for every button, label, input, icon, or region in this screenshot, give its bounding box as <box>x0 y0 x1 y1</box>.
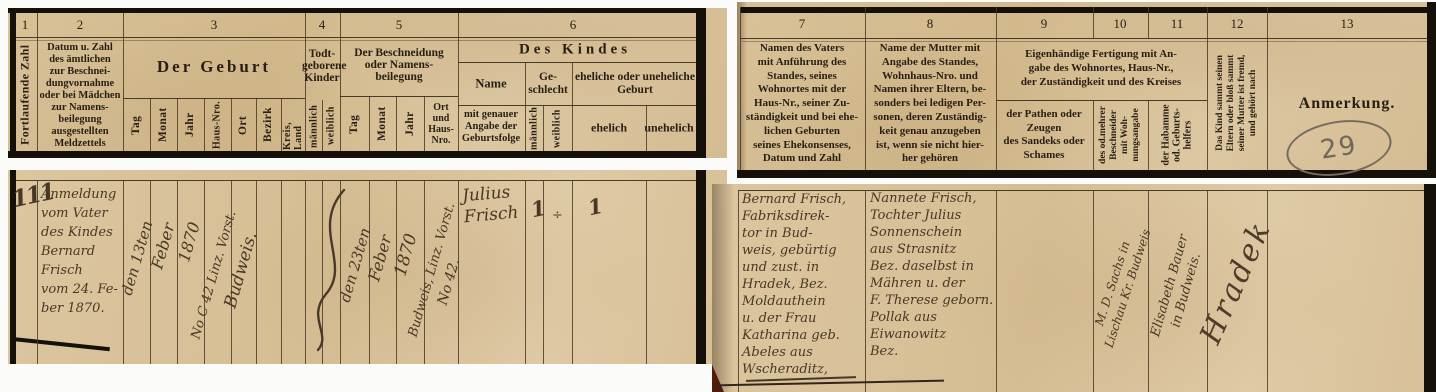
grid-line <box>525 180 526 364</box>
father-entry: Bernard Frisch,Fabriksdirek-tor in Bud-w… <box>742 191 864 378</box>
grid-line <box>177 98 178 151</box>
col3-sub-ort: Ort <box>234 100 252 150</box>
col9to11-header: Eigenhändige Fertigung mit An-gabe des W… <box>996 47 1206 89</box>
col3-sub-tag: Tag <box>127 100 145 150</box>
col6-sub-ehelich: ehelich <box>591 121 627 136</box>
column-number-6: 6 <box>570 17 577 33</box>
col4-sub-weiblich: weiblich <box>322 101 340 151</box>
grid-line <box>1148 7 1149 38</box>
left-header-scan: 1 2 3 4 5 6 Fortlaufende Zahl Datum u. Z… <box>8 8 727 158</box>
column-number-2: 2 <box>77 17 84 33</box>
rule-geburt <box>123 98 305 99</box>
col10-subheader: des od.mehrerBeschneidermit Woh-nungsang… <box>1098 106 1142 164</box>
column-number-13: 13 <box>1341 16 1354 32</box>
col6-sub-unehelich: unehelich <box>644 121 693 136</box>
col13-header: Anmerkung. <box>1299 95 1396 113</box>
grid-line <box>1207 7 1208 170</box>
col6-sub-maennlich: männlich <box>525 107 543 150</box>
col7-header: Namen des Vatersmit Anführung desStandes… <box>740 42 864 166</box>
column-number-1: 1 <box>22 17 29 33</box>
border-right <box>1424 184 1436 392</box>
col4-header: Todt-geboreneKinder <box>302 48 342 84</box>
left-body-scan: 111 Anmeldungvom Vaterdes KindesBernardF… <box>8 170 727 364</box>
grid-line <box>738 190 739 392</box>
col4-sub-maennlich: männlich <box>305 101 323 151</box>
col5-sub-tag: Tag <box>345 99 363 149</box>
border-right <box>1427 2 1436 178</box>
grid-line <box>256 98 257 151</box>
grid-line <box>646 180 647 364</box>
mother-entry: Nannete Frisch,Tochter JuliusSonnenschei… <box>870 190 995 360</box>
col2-header: Datum u. Zahldes ämtlichenzur Beschnei-d… <box>37 42 123 150</box>
grid-line <box>123 13 124 151</box>
rule-col6-sub <box>458 105 696 106</box>
row-top-rule <box>16 180 696 181</box>
grid-line <box>543 105 544 151</box>
col3-sub-kreisland: Kreis, Land <box>284 100 302 150</box>
grid-line <box>150 98 151 151</box>
col5-header: Der Beschneidungoder Namens-beilegung <box>341 47 457 83</box>
male-mark: 1 <box>529 195 549 222</box>
bottom-corner-rule <box>10 337 110 351</box>
grid-line <box>177 180 178 364</box>
col3-sub-jahr: Jahr <box>181 100 199 150</box>
col12-header: Das Kind sammt seinenEltern oder bloß sa… <box>1215 55 1259 152</box>
col5-sub-orthaus: OrtundHaus-Nro. <box>424 102 458 146</box>
legitimate-mark: 1 <box>586 193 606 220</box>
annotation-circle: 29 <box>1282 113 1395 178</box>
female-col-mark: ÷ <box>552 208 563 223</box>
grid-line <box>996 190 997 392</box>
grid-line <box>572 180 573 364</box>
grid-line <box>204 98 205 151</box>
grid-line <box>256 180 257 364</box>
column-number-8: 8 <box>927 16 934 32</box>
mohel-entry: M. D. Sachs inLischau Kr. Budweis <box>1086 222 1155 350</box>
grid-line <box>865 190 866 392</box>
col5-sub-monat: Monat <box>373 99 391 149</box>
meldzettel-entry: Anmeldungvom Vaterdes KindesBernardFrisc… <box>41 185 121 318</box>
col1-header: Fortlaufende Zahl <box>15 40 35 149</box>
rule-beschneidung <box>340 96 458 97</box>
col11-subheader: der Habammeod. Geburts-helfers <box>1161 104 1194 165</box>
column-number-4: 4 <box>319 17 326 33</box>
column-number-9: 9 <box>1041 16 1048 32</box>
border-top <box>8 8 706 13</box>
grid-line <box>1148 100 1149 170</box>
grid-line <box>1148 190 1149 392</box>
col9-subheader: der Pathen oderZeugendes Sandeks oderSch… <box>996 108 1092 162</box>
rule-des-kindes <box>458 62 696 63</box>
column-number-3: 3 <box>211 17 218 33</box>
border-top <box>740 7 1427 13</box>
column-number-10: 10 <box>1114 16 1127 32</box>
grid-line <box>1267 7 1268 170</box>
child-name-entry: JuliusFrisch <box>461 182 519 229</box>
border-right <box>696 170 706 364</box>
col6-sex-label: Ge-schlecht <box>528 71 568 97</box>
col6-title: Des Kindes <box>519 42 631 59</box>
grid-line <box>281 180 282 364</box>
grid-line <box>396 96 397 151</box>
col3-sub-bezirk: Bezirk <box>259 100 277 150</box>
col3-sub-monat: Monat <box>154 100 172 150</box>
column-number-5: 5 <box>396 17 403 33</box>
annotation-number: 29 <box>1318 130 1359 165</box>
scan-edge-shadow <box>712 184 734 392</box>
rule-under-group <box>996 100 1207 101</box>
grid-line <box>1093 190 1094 392</box>
col5-sub-jahr: Jahr <box>401 99 419 149</box>
border-right <box>696 8 706 158</box>
grid-line <box>1207 190 1208 392</box>
grid-line <box>1093 7 1094 38</box>
col6-name-label: Name <box>475 77 506 92</box>
grid-line <box>231 98 232 151</box>
column-number-12: 12 <box>1231 16 1244 32</box>
column-number-11: 11 <box>1171 16 1184 32</box>
col3-sub-hausnro: Haus-Nro. <box>208 100 226 150</box>
right-header-scan: 7 8 9 10 11 12 13 Namen des Vatersmit An… <box>737 2 1436 178</box>
rule-under-numbers <box>16 37 696 38</box>
geburt-jahr-entry: 1870 <box>174 220 203 264</box>
grid-line <box>369 96 370 151</box>
right-body-scan: Bernard Frisch,Fabriksdirek-tor in Bud-w… <box>712 184 1436 392</box>
rule-under-numbers <box>740 38 1427 39</box>
scanned-register-page: { "document": { "left_section": { "colum… <box>0 0 1436 392</box>
grid-line <box>572 62 573 151</box>
col6-sub-weiblich: weiblich <box>548 107 566 150</box>
border-bottom <box>8 151 706 158</box>
grid-line <box>150 180 151 364</box>
col6-legit-label: eheliche oder unehelicheGeburt <box>575 71 695 97</box>
grid-line <box>1093 100 1094 170</box>
grid-line <box>1267 190 1268 392</box>
col6-name-sub: mit genauerAngabe derGeburtsfolge <box>458 109 524 145</box>
col3-title: Der Geburt <box>157 57 271 77</box>
col8-header: Name der Mutter mitAngabe des Standes,Wo… <box>865 42 995 166</box>
column-number-7: 7 <box>799 16 806 32</box>
